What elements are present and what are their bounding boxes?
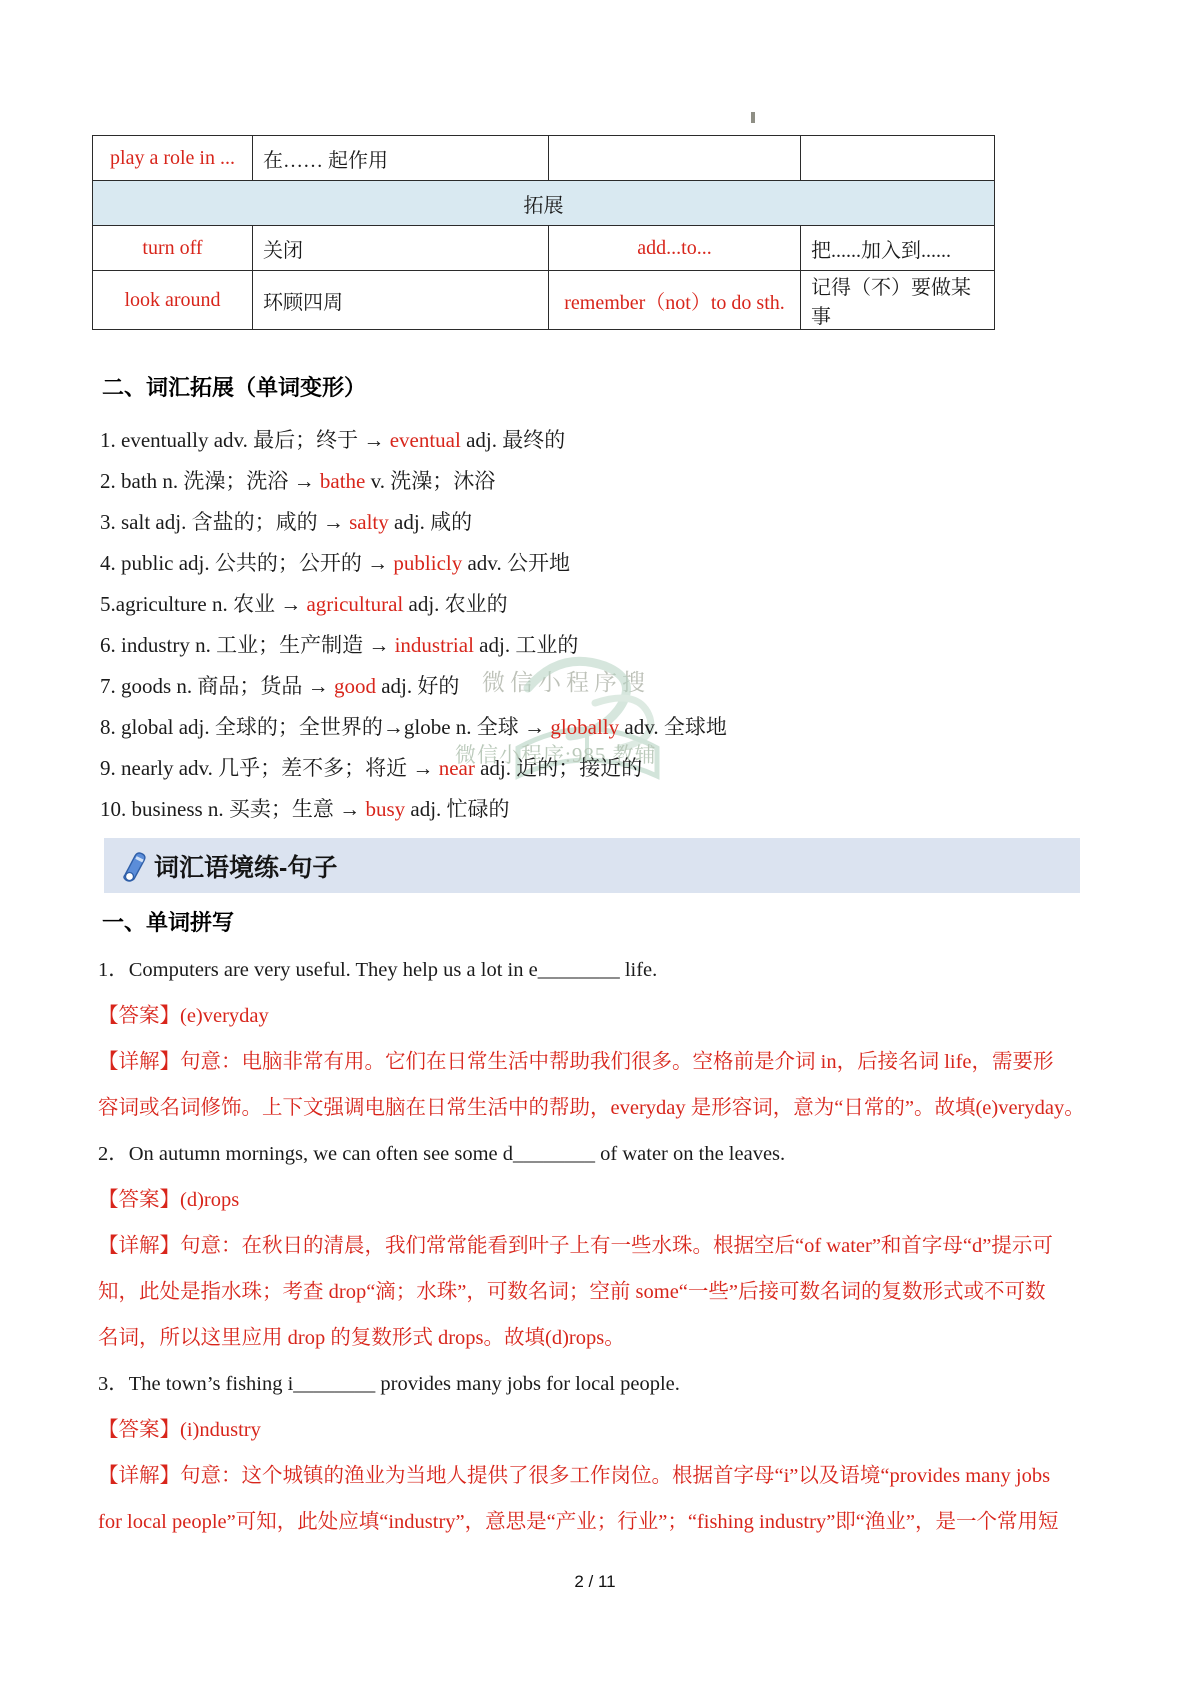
- phrase-en: turn off: [93, 226, 253, 271]
- vocab-base: 6. industry n. 工业；生产制造 →: [100, 633, 395, 657]
- vocab-meaning: adj. 近的；接近的: [475, 756, 642, 780]
- vocab-base: 8. global adj. 全球的；全世界的→globe n. 全球 →: [100, 715, 550, 739]
- vocab-meaning: adj. 忙碌的: [405, 797, 509, 821]
- table-section-header: 拓展: [93, 181, 995, 226]
- section-title-spelling: 一、单词拼写: [92, 909, 1088, 937]
- vocab-item: 1. eventually adv. 最后；终于 → eventual adj.…: [92, 420, 1088, 461]
- vocab-base: 3. salt adj. 含盐的；咸的 →: [100, 510, 349, 534]
- qa-item: 1．Computers are very useful. They help u…: [92, 947, 1088, 1131]
- table-row: 拓展: [93, 181, 995, 226]
- vocab-base: 10. business n. 买卖；生意 →: [100, 797, 365, 821]
- phrase-zh: 在…… 起作用: [253, 136, 549, 181]
- table-row: turn off 关闭 add...to... 把......加入到......: [93, 226, 995, 271]
- phrase-en: look around: [93, 271, 253, 330]
- explanation-line: 知，此处是指水珠；考查 drop“滴；水珠”，可数名词；空前 some“一些”后…: [92, 1269, 1088, 1315]
- qa-area: 1．Computers are very useful. They help u…: [92, 947, 1088, 1545]
- vocab-base: 4. public adj. 公共的；公开的 →: [100, 551, 393, 575]
- answer-text: 【答案】(d)rops: [92, 1177, 1088, 1223]
- explanation-line: 名词，所以这里应用 drop 的复数形式 drops。故填(d)rops。: [92, 1315, 1088, 1361]
- answer-text: 【答案】(e)veryday: [92, 993, 1088, 1039]
- vocab-item: 6. industry n. 工业；生产制造 → industrial adj.…: [92, 625, 1088, 666]
- vocab-derived: eventual: [390, 428, 461, 452]
- page-number: 2 / 11: [0, 1572, 1190, 1592]
- phrase-en: play a role in ...: [93, 136, 253, 181]
- question-text: 1．Computers are very useful. They help u…: [92, 947, 1088, 993]
- answer-text: 【答案】(i)ndustry: [92, 1407, 1088, 1453]
- vocab-derived: near: [439, 756, 475, 780]
- vocab-item: 9. nearly adv. 几乎；差不多；将近 → near adj. 近的；…: [92, 748, 1088, 789]
- phrase-en-empty: [549, 136, 801, 181]
- section-banner: 词汇语境练-句子: [104, 838, 1080, 893]
- question-text: 2．On autumn mornings, we can often see s…: [92, 1131, 1088, 1177]
- phrase-zh: 把......加入到......: [801, 226, 995, 271]
- document-page: play a role in ... 在…… 起作用 拓展 turn off 关…: [92, 0, 1088, 1545]
- phrase-en: add...to...: [549, 226, 801, 271]
- vocab-item: 7. goods n. 商品；货品 → good adj. 好的: [92, 666, 1088, 707]
- vocab-derived: bathe: [320, 469, 365, 493]
- vocab-meaning: adj. 农业的: [403, 592, 507, 616]
- phrase-zh: 环顾四周: [253, 271, 549, 330]
- vocab-derived: globally: [550, 715, 619, 739]
- vocab-item: 8. global adj. 全球的；全世界的→globe n. 全球 → gl…: [92, 707, 1088, 748]
- vocab-base: 5.agriculture n. 农业 →: [100, 592, 306, 616]
- banner-title: 词汇语境练-句子: [154, 848, 337, 884]
- vocab-derived: good: [334, 674, 376, 698]
- vocab-item: 2. bath n. 洗澡；洗浴 → bathe v. 洗澡；沐浴: [92, 461, 1088, 502]
- explanation-line: 【详解】句意：这个城镇的渔业为当地人提供了很多工作岗位。根据首字母“i”以及语境…: [92, 1453, 1088, 1499]
- vocab-meaning: adv. 全球地: [619, 715, 727, 739]
- question-text: 3．The town’s fishing i________ provides …: [92, 1361, 1088, 1407]
- phrase-en: remember（not）to do sth.: [549, 271, 801, 330]
- qa-item: 2．On autumn mornings, we can often see s…: [92, 1131, 1088, 1361]
- vocab-meaning: adj. 好的: [376, 674, 459, 698]
- vocab-derived: salty: [349, 510, 389, 534]
- vocab-derived: busy: [365, 797, 405, 821]
- vocab-meaning: adv. 公开地: [462, 551, 570, 575]
- pen-icon: [118, 849, 150, 883]
- vocab-base: 9. nearly adv. 几乎；差不多；将近 →: [100, 756, 439, 780]
- explanation-line: 【详解】句意：在秋日的清晨，我们常常能看到叶子上有一些水珠。根据空后“of wa…: [92, 1223, 1088, 1269]
- phrase-zh: 关闭: [253, 226, 549, 271]
- vocab-list: 1. eventually adv. 最后；终于 → eventual adj.…: [92, 420, 1088, 830]
- vocab-item: 4. public adj. 公共的；公开的 → publicly adv. 公…: [92, 543, 1088, 584]
- explanation-line: 【详解】句意：电脑非常有用。它们在日常生活中帮助我们很多。空格前是介词 in，后…: [92, 1039, 1088, 1085]
- explanation-line: for local people”可知，此处应填“industry”，意思是“产…: [92, 1499, 1088, 1545]
- vocab-meaning: adj. 咸的: [389, 510, 472, 534]
- vocab-derived: publicly: [393, 551, 462, 575]
- vocab-meaning: adj. 最终的: [461, 428, 565, 452]
- phrase-zh-empty: [801, 136, 995, 181]
- vocab-item: 5.agriculture n. 农业 → agricultural adj. …: [92, 584, 1088, 625]
- vocab-derived: industrial: [395, 633, 474, 657]
- section-title-vocab: 二、词汇拓展（单词变形）: [92, 374, 1088, 402]
- phrase-table: play a role in ... 在…… 起作用 拓展 turn off 关…: [92, 135, 995, 330]
- vocab-meaning: adj. 工业的: [474, 633, 578, 657]
- table-row: play a role in ... 在…… 起作用: [93, 136, 995, 181]
- vocab-base: 2. bath n. 洗澡；洗浴 →: [100, 469, 320, 493]
- vocab-base: 7. goods n. 商品；货品 →: [100, 674, 334, 698]
- vocab-meaning: v. 洗澡；沐浴: [365, 469, 495, 493]
- phrase-zh: 记得（不）要做某事: [801, 271, 995, 330]
- explanation-line: 容词或名词修饰。上下文强调电脑在日常生活中的帮助，everyday 是形容词，意…: [92, 1085, 1088, 1131]
- vocab-item: 10. business n. 买卖；生意 → busy adj. 忙碌的: [92, 789, 1088, 830]
- vocab-derived: agricultural: [306, 592, 403, 616]
- qa-item: 3．The town’s fishing i________ provides …: [92, 1361, 1088, 1545]
- vocab-base: 1. eventually adv. 最后；终于 →: [100, 428, 390, 452]
- vocab-item: 3. salt adj. 含盐的；咸的 → salty adj. 咸的: [92, 502, 1088, 543]
- table-row: look around 环顾四周 remember（not）to do sth.…: [93, 271, 995, 330]
